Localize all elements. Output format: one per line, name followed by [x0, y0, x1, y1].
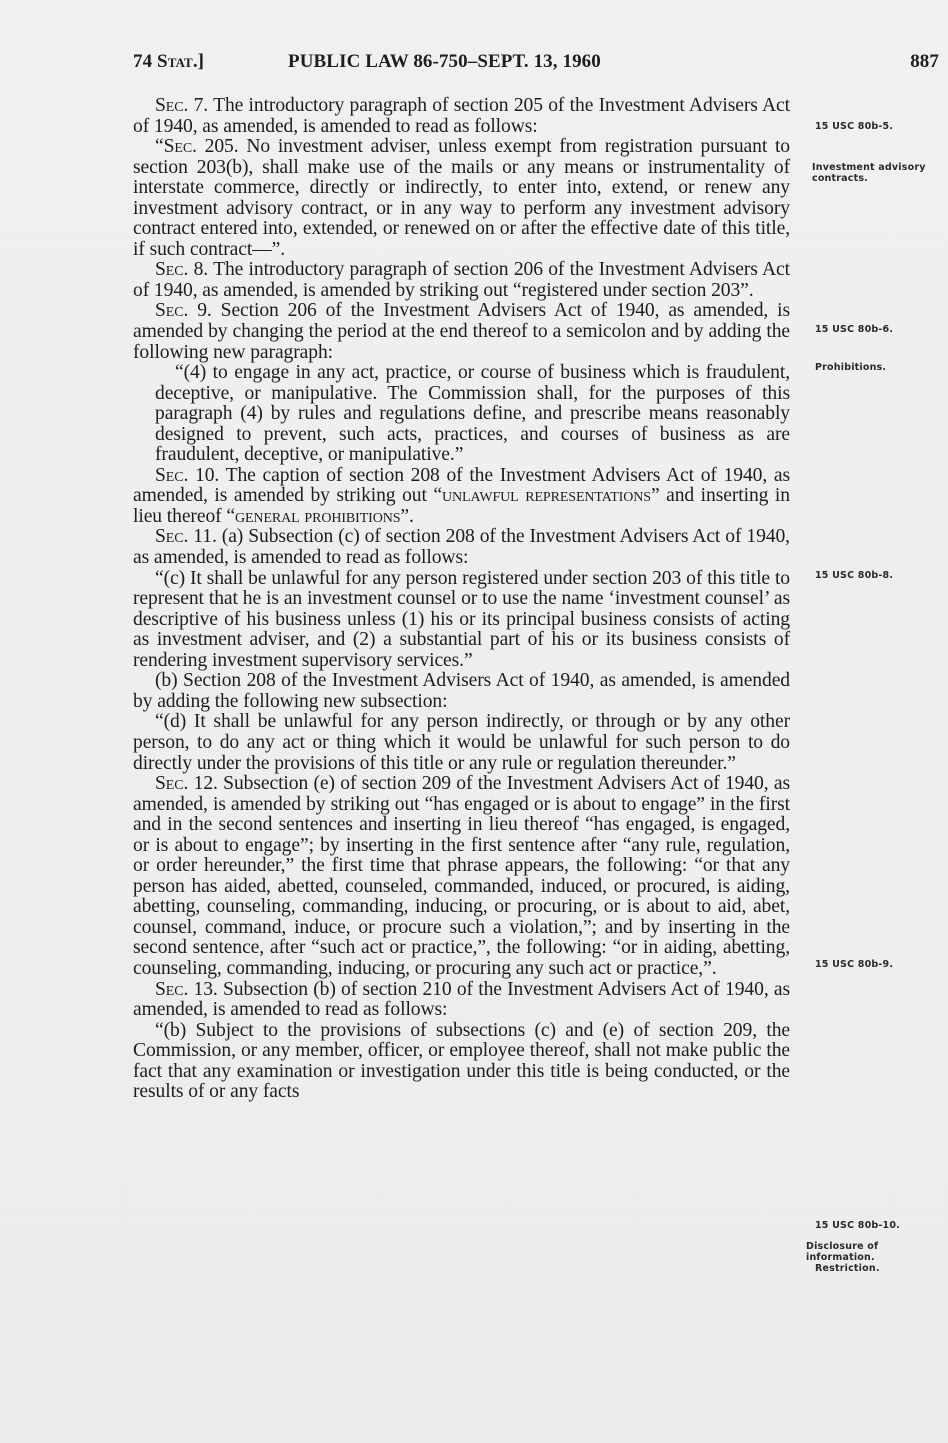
- section-text: Subsection (b) of section 210 of the Inv…: [133, 979, 790, 1021]
- page-header: 74 Stat.] PUBLIC LAW 86-750–SEPT. 13, 19…: [133, 51, 939, 75]
- margin-note-usc-80b-6: 15 USC 80b-6.: [815, 324, 940, 335]
- section-text: Subsection (e) of section 209 of the Inv…: [133, 773, 790, 979]
- statute-volume: 74 Stat.]: [133, 51, 204, 73]
- section-text: ”.: [400, 506, 413, 527]
- section-label: Sec. 8.: [155, 259, 208, 280]
- section-10: Sec. 10. The caption of section 208 of t…: [133, 466, 790, 528]
- section-text: The introductory paragraph of section 20…: [133, 95, 790, 137]
- margin-note-usc-80b-8: 15 USC 80b-8.: [815, 570, 940, 581]
- margin-note-usc-80b-10: 15 USC 80b-10.: [815, 1220, 940, 1231]
- section-205-quote: “Sec. 205. No investment adviser, unless…: [133, 137, 790, 260]
- section-text: (a) Subsection (c) of section 208 of the…: [133, 526, 790, 568]
- margin-note-investment-advisory-contracts: Investment advisory contracts.: [812, 162, 940, 184]
- margin-note-usc-80b-5: 15 USC 80b-5.: [815, 121, 940, 132]
- section-11-subsection-c: “(c) It shall be unlawful for any person…: [133, 569, 790, 672]
- section-12: Sec. 12. Subsection (e) of section 209 o…: [133, 774, 790, 979]
- section-label: “Sec. 205.: [155, 136, 239, 157]
- page-number: 887: [910, 51, 939, 73]
- public-law-title: PUBLIC LAW 86-750–SEPT. 13, 1960: [288, 51, 601, 73]
- margin-note-prohibitions: Prohibitions.: [815, 362, 940, 373]
- caption-new: general prohibitions: [235, 506, 400, 527]
- margin-note-disclosure-of-information: Disclosure of information.: [806, 1241, 940, 1263]
- section-label: Sec. 10.: [155, 465, 219, 486]
- section-label: Sec. 13.: [155, 979, 218, 1000]
- caption-old: unlawful representations: [442, 485, 651, 506]
- section-11-b: (b) Section 208 of the Investment Advise…: [133, 671, 790, 712]
- section-label: Sec. 11.: [155, 526, 217, 547]
- section-label: Sec. 7.: [155, 95, 208, 116]
- section-text: The introductory paragraph of section 20…: [133, 259, 790, 301]
- body-text: Sec. 7. The introductory paragraph of se…: [133, 96, 790, 1103]
- section-11-subsection-d: “(d) It shall be unlawful for any person…: [133, 712, 790, 774]
- section-8: Sec. 8. The introductory paragraph of se…: [133, 260, 790, 301]
- section-13: Sec. 13. Subsection (b) of section 210 o…: [133, 980, 790, 1021]
- section-9: Sec. 9. Section 206 of the Investment Ad…: [133, 301, 790, 363]
- section-label: Sec. 9.: [155, 300, 212, 321]
- margin-note-restriction: Restriction.: [815, 1263, 940, 1274]
- section-13-subsection-b: “(b) Subject to the provisions of subsec…: [133, 1021, 790, 1103]
- section-11: Sec. 11. (a) Subsection (c) of section 2…: [133, 527, 790, 568]
- section-7: Sec. 7. The introductory paragraph of se…: [133, 96, 790, 137]
- margin-note-usc-80b-9: 15 USC 80b-9.: [815, 959, 940, 970]
- section-label: Sec. 12.: [155, 773, 218, 794]
- section-9-paragraph-4: “(4) to engage in any act, practice, or …: [133, 363, 790, 466]
- section-text: Section 206 of the Investment Advisers A…: [133, 300, 790, 362]
- document-page: 74 Stat.] PUBLIC LAW 86-750–SEPT. 13, 19…: [0, 0, 948, 1443]
